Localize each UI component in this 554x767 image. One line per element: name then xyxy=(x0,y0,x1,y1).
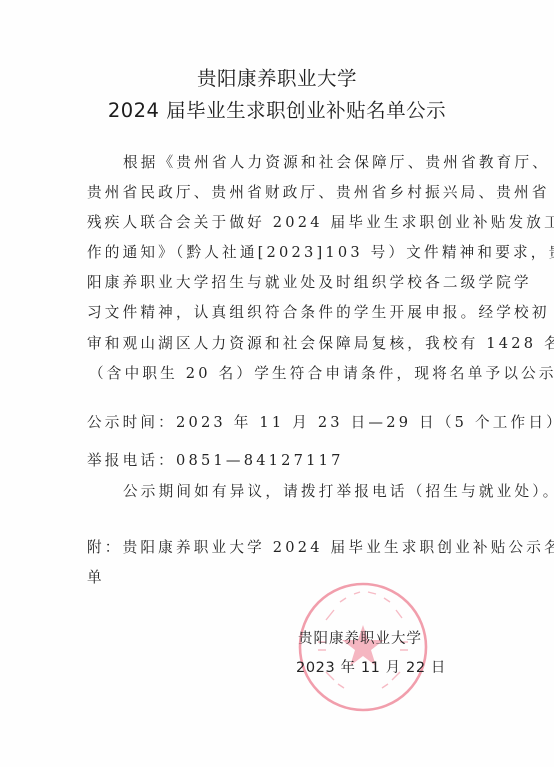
body-line: 贵州省民政厅、贵州省财政厅、贵州省乡村振兴局、贵州省 xyxy=(87,178,489,208)
body-line: 残疾人联合会关于做好 2024 届毕业生求职创业补贴发放工 xyxy=(87,208,489,238)
signature-organization: 贵阳康养职业大学 xyxy=(298,627,422,648)
report-phone: 举报电话：0851—84127117 xyxy=(87,446,489,476)
body-line: 习文件精神，认真组织符合条件的学生开展申报。经学校初 xyxy=(87,298,489,328)
attachment-note: 附：贵阳康养职业大学 2024 届毕业生求职创业补贴公示名 单 xyxy=(87,533,489,593)
body-line: 作的通知》（黔人社通[2023]103 号）文件精神和要求，贵 xyxy=(87,238,489,268)
signature-date: 2023 年 11 月 22 日 xyxy=(296,656,446,677)
document-title-line2: 2024 届毕业生求职创业补贴名单公示 xyxy=(0,95,554,123)
attachment-line: 单 xyxy=(87,563,489,593)
notice-period: 公示时间：2023 年 11 月 23 日—29 日（5 个工作日）。 xyxy=(87,408,489,438)
body-line: 根据《贵州省人力资源和社会保障厅、贵州省教育厅、 xyxy=(87,148,489,178)
document-title-line1: 贵阳康养职业大学 xyxy=(0,63,554,91)
attachment-line: 附：贵阳康养职业大学 2024 届毕业生求职创业补贴公示名 xyxy=(87,533,489,563)
body-line: 阳康养职业大学招生与就业处及时组织学校各二级学院学 xyxy=(87,268,489,298)
body-line: 审和观山湖区人力资源和社会保障局复核，我校有 1428 名 xyxy=(87,329,489,359)
body-paragraph: 根据《贵州省人力资源和社会保障厅、贵州省教育厅、 贵州省民政厅、贵州省财政厅、贵… xyxy=(87,148,489,389)
document-page: 贵阳康养职业大学 2024 届毕业生求职创业补贴名单公示 根据《贵州省人力资源和… xyxy=(0,0,554,767)
dispute-note: 公示期间如有异议，请拨打举报电话（招生与就业处）。 xyxy=(87,477,489,507)
body-line: （含中职生 20 名）学生符合申请条件，现将名单予以公示。 xyxy=(87,359,489,389)
notice-period-text: 公示时间：2023 年 11 月 23 日—29 日（5 个工作日）。 xyxy=(87,408,489,438)
report-phone-text: 举报电话：0851—84127117 xyxy=(87,446,489,476)
dispute-note-text: 公示期间如有异议，请拨打举报电话（招生与就业处）。 xyxy=(87,477,489,507)
